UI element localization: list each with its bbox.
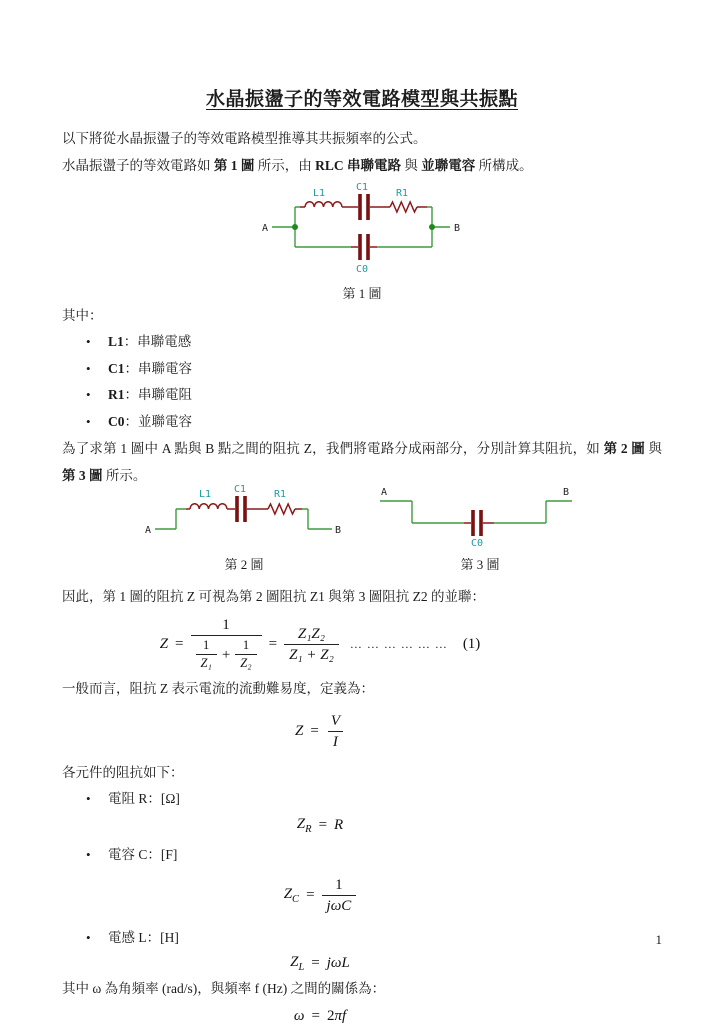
- math-operator: =: [311, 1008, 319, 1024]
- denominator: I: [328, 731, 343, 752]
- equation-1: Z = 1 1Z₁ + 1Z₂ = Z₁Z₂ Z₁ + Z₂ … … … … ……: [62, 615, 662, 673]
- component-leads: [300, 207, 427, 247]
- list-item-r1: R1：串聯電阻: [62, 382, 662, 409]
- intro-paragraph: 以下將從水晶振盪子的等效電路模型推導其共振頻率的公式。: [62, 125, 662, 152]
- math-base: Z: [284, 886, 292, 902]
- terminal-a-label: A: [381, 487, 387, 498]
- capacitor-c1-plate: [243, 496, 247, 522]
- numerator: Z₁Z₂: [293, 624, 330, 644]
- equation-omega: ω = 2πf: [62, 1008, 662, 1024]
- inductor-symbol: [305, 202, 342, 207]
- terminal-a-label: A: [145, 525, 151, 536]
- equation-z-vi: Z = V I: [62, 711, 662, 752]
- element-label: 電阻 R：[Ω]: [108, 791, 180, 806]
- text-segment: 與: [401, 158, 421, 173]
- numerator: 1: [198, 637, 214, 654]
- text-segment: 所示，由: [254, 158, 315, 173]
- circuit-description-paragraph: 水晶振盪子的等效電路如 第 1 圖 所示，由 RLC 串聯電路 與 並聯電容 所…: [62, 152, 662, 179]
- math-var: ZC: [284, 886, 299, 905]
- component-label: R1: [108, 387, 125, 402]
- figure-3-caption: 第 3 圖: [375, 556, 585, 573]
- elements-intro-paragraph: 各元件的阻抗如下：: [62, 759, 662, 786]
- list-item-c0: C0：並聯電容: [62, 409, 662, 436]
- figure-2-schematic: A B L1 C1 R1: [140, 483, 348, 549]
- capacitor-c0-plate: [471, 510, 475, 536]
- figure-3-schematic: A B C0: [376, 483, 584, 549]
- math-subscript: R: [305, 824, 311, 835]
- math-var: πf: [334, 1008, 346, 1024]
- junction-dot-a: [292, 224, 298, 230]
- wire-segments: [380, 501, 572, 523]
- omega-paragraph: 其中 ω 為角頻率 (rad/s)，與頻率 f (Hz) 之間的關係為：: [62, 975, 662, 1002]
- math-subscript: L: [298, 962, 304, 973]
- equation-zl: ZL = jωL: [62, 954, 662, 973]
- terminal-a-label: A: [262, 223, 268, 234]
- terminal-b-label: B: [454, 223, 460, 234]
- math-var: Z: [160, 636, 168, 653]
- page-title: 水晶振盪子的等效電路模型與共振點: [62, 84, 662, 111]
- figures-2-3-row: A B L1 C1 R1 第 2 圖 A B C0 第 3 圖: [62, 483, 662, 573]
- terminal-b-label: B: [335, 525, 341, 536]
- math-operator: =: [319, 817, 327, 834]
- fraction: V I: [326, 711, 345, 752]
- resistor-r1-label: R1: [274, 489, 286, 500]
- capacitor-c0-label: C0: [471, 538, 483, 549]
- component-desc: ：串聯電阻: [125, 387, 193, 402]
- figure-2: A B L1 C1 R1 第 2 圖: [139, 483, 349, 573]
- component-desc: ：串聯電容: [125, 361, 193, 376]
- numerator: 1: [330, 875, 348, 895]
- list-item-l1: L1：串聯電感: [62, 329, 662, 356]
- denominator: Z₂: [235, 654, 256, 672]
- text-segment: 水晶振盪子的等效電路如: [62, 158, 214, 173]
- math-var: ZR: [297, 816, 312, 835]
- figure-1-schematic: A B L1 C1 R1 C0: [258, 182, 466, 278]
- among-paragraph: 其中：: [62, 302, 662, 329]
- math-subscript: C: [292, 894, 299, 905]
- math-var: R: [334, 817, 343, 834]
- equation-zc: ZC = 1 jωC: [62, 875, 662, 916]
- math-operator: +: [222, 646, 230, 664]
- numerator: 1: [238, 637, 254, 654]
- component-label: C1: [108, 361, 125, 376]
- component-desc: ：串聯電感: [124, 334, 192, 349]
- math-operator: =: [306, 887, 314, 904]
- math-var: jωL: [327, 955, 350, 972]
- list-item-resistor: 電阻 R：[Ω]: [62, 786, 662, 813]
- equation-zr: ZR = R: [62, 816, 662, 835]
- inductor-l1-label: L1: [313, 188, 325, 199]
- resistor-r1-label: R1: [396, 188, 408, 199]
- resistor-symbol: [268, 504, 295, 514]
- math-operator: =: [269, 636, 277, 653]
- component-label: C0: [108, 414, 125, 429]
- math-var: Z: [295, 723, 303, 740]
- dotted-leader: … … … … … …: [350, 637, 448, 652]
- list-item-capacitor: 電容 C：[F]: [62, 842, 662, 869]
- math-operator: =: [175, 636, 183, 653]
- junction-dot-b: [429, 224, 435, 230]
- denominator: Z₁ + Z₂: [284, 644, 339, 665]
- capacitor-c1-plate: [366, 194, 370, 220]
- document-page: 水晶振盪子的等效電路模型與共振點 以下將從水晶振盪子的等效電路模型推導其共振頻率…: [0, 0, 724, 1024]
- inductor-l1-label: L1: [199, 489, 211, 500]
- split-paragraph: 為了求第 1 圖中 A 點與 B 點之間的阻抗 Z，我們將電路分成兩部分，分別計…: [62, 435, 662, 489]
- text-segment: 為了求第 1 圖中 A 點與 B 點之間的阻抗 Z，我們將電路分成兩部分，分別計…: [62, 441, 604, 456]
- fraction: 1 1Z₁ + 1Z₂: [191, 615, 262, 673]
- page-number: 1: [656, 932, 663, 948]
- page-title-text: 水晶振盪子的等效電路模型與共振點: [206, 89, 518, 110]
- component-desc: ：並聯電容: [125, 414, 193, 429]
- fraction: 1 jωC: [322, 875, 357, 916]
- numerator: 1: [217, 615, 235, 635]
- capacitor-c0-plate: [366, 234, 370, 260]
- math-operator: =: [310, 723, 318, 740]
- fraction: Z₁Z₂ Z₁ + Z₂: [284, 624, 339, 665]
- element-label: 電容 C：[F]: [108, 847, 177, 862]
- figure-3: A B C0 第 3 圖: [375, 483, 585, 573]
- component-label: L1: [108, 334, 124, 349]
- text-segment-bold: 並聯電容: [421, 158, 475, 173]
- text-segment-bold: 第 3 圖: [62, 468, 103, 483]
- text-segment: 與: [645, 441, 662, 456]
- capacitor-c1-label: C1: [234, 484, 246, 495]
- capacitor-c0-label: C0: [356, 264, 368, 275]
- text-segment: 所示。: [103, 468, 147, 483]
- denominator: jωC: [322, 895, 357, 916]
- numerator: V: [326, 711, 345, 731]
- equation-number: (1): [463, 636, 481, 653]
- fraction: 1Z₂: [235, 637, 256, 672]
- text-segment-bold: RLC 串聯電路: [315, 158, 401, 173]
- text-segment: 所構成。: [475, 158, 532, 173]
- figure-2-caption: 第 2 圖: [139, 556, 349, 573]
- capacitor-c1-label: C1: [356, 182, 368, 193]
- denominator: Z₁: [196, 654, 217, 672]
- impedance-definition-paragraph: 一般而言，阻抗 Z 表示電流的流動難易度，定義為：: [62, 675, 662, 702]
- figure-1-caption: 第 1 圖: [62, 285, 662, 302]
- capacitor-c0-plate: [479, 510, 483, 536]
- math-operator: =: [311, 955, 319, 972]
- list-item-c1: C1：串聯電容: [62, 356, 662, 383]
- resistor-symbol: [390, 202, 417, 212]
- terminal-b-label: B: [563, 487, 569, 498]
- text-segment-bold: 第 1 圖: [214, 158, 255, 173]
- capacitor-c0-plate: [358, 234, 362, 260]
- list-item-inductor: 電感 L：[H]: [62, 925, 662, 952]
- math-var: ZL: [290, 954, 304, 973]
- parallel-paragraph: 因此，第 1 圖的阻抗 Z 可視為第 2 圖阻抗 Z1 與第 3 圖阻抗 Z2 …: [62, 583, 662, 610]
- capacitor-c1-plate: [235, 496, 239, 522]
- figure-1: A B L1 C1 R1 C0 第 1 圖: [62, 182, 662, 302]
- denominator: 1Z₁ + 1Z₂: [191, 635, 262, 673]
- capacitor-c1-plate: [358, 194, 362, 220]
- math-base: Z: [297, 816, 305, 832]
- inductor-symbol: [190, 504, 227, 509]
- text-segment-bold: 第 2 圖: [604, 441, 645, 456]
- math-var: ω: [294, 1008, 305, 1024]
- fraction: 1Z₁: [196, 637, 217, 672]
- math-term: 2πf: [327, 1008, 346, 1024]
- element-label: 電感 L：[H]: [108, 930, 179, 945]
